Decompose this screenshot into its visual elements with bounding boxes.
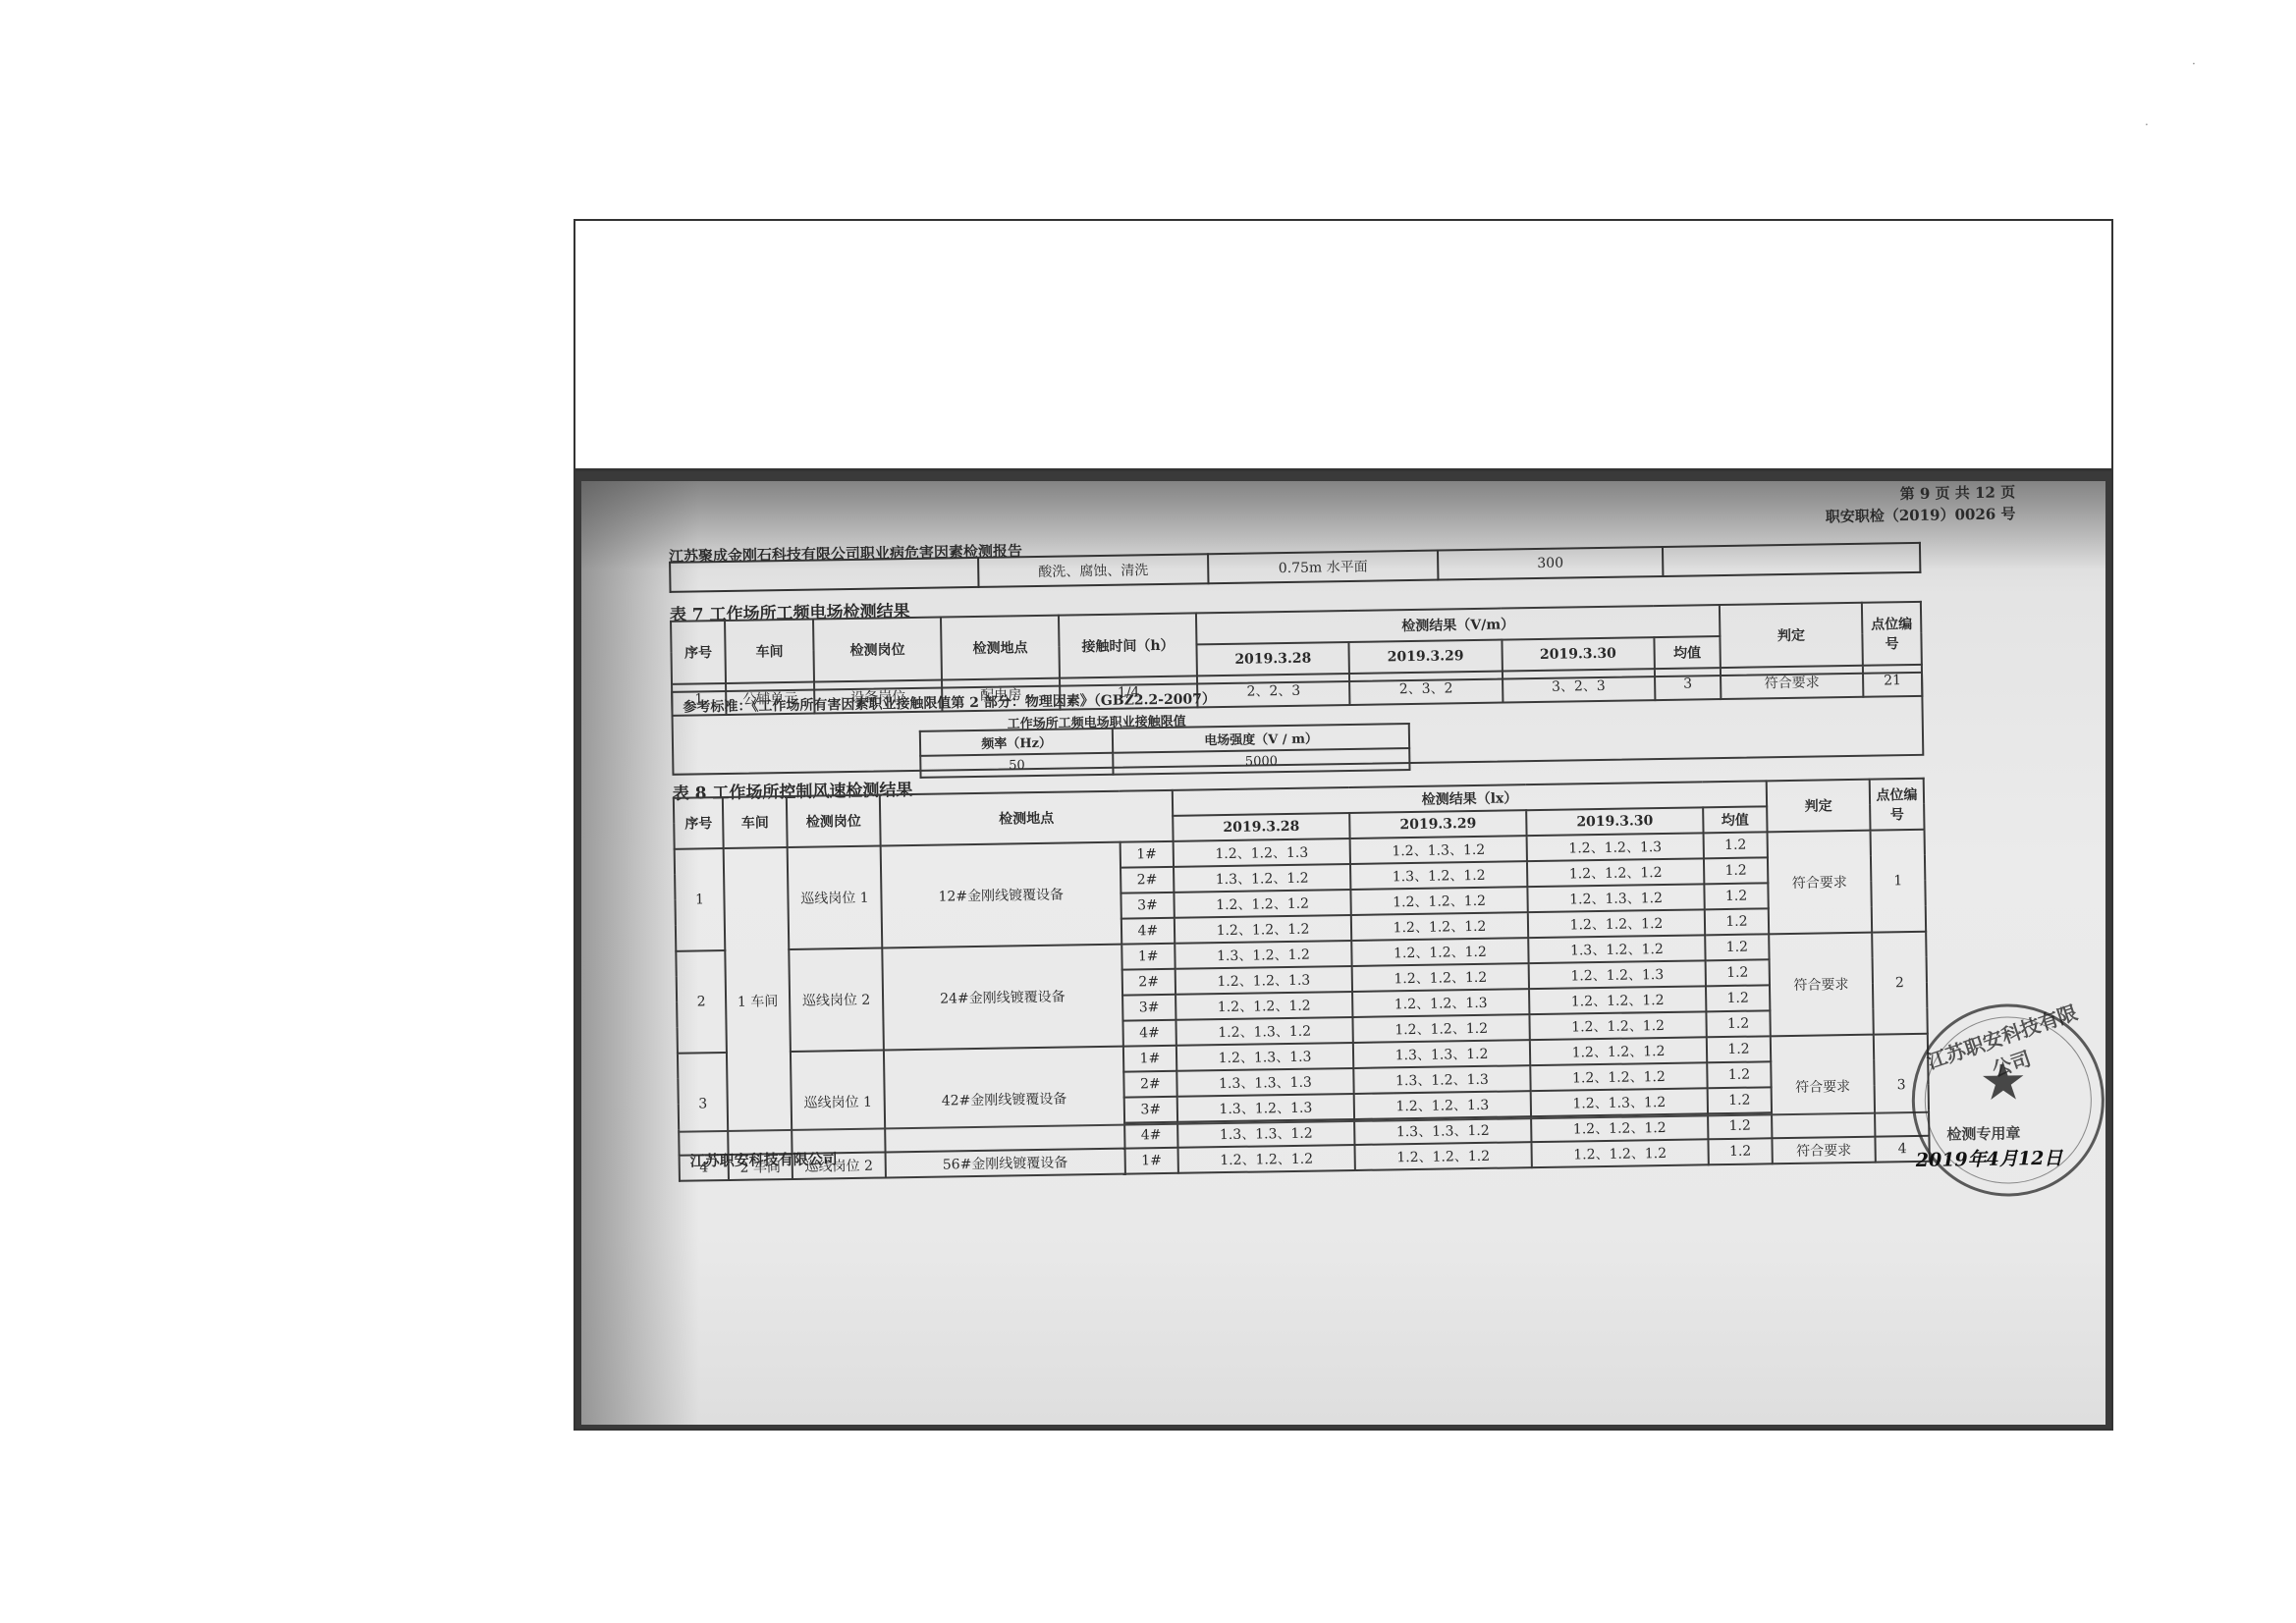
cell-d3: 1.2、1.2、1.2 [1530, 1062, 1707, 1091]
cell-d2: 1.2、1.3、1.2 [1350, 836, 1527, 864]
cell-judge: 符合要求 [1772, 1137, 1875, 1164]
cell-location: 56#金刚线镀覆设备 [886, 1149, 1125, 1178]
official-seal: 江苏职安科技有限公司 ★ 检测专用章 2019年4月12日 [1910, 1002, 2105, 1198]
cell-d1: 1.2、1.2、1.3 [1174, 839, 1350, 867]
cell-d1: 1.2、1.2、1.2 [1175, 915, 1351, 944]
cell-d2: 1.2、1.2、1.2 [1352, 1014, 1529, 1043]
carry-cell: 酸洗、腐蚀、清洗 [978, 554, 1208, 587]
page-number: 第 9 页 共 12 页 [1825, 481, 2015, 506]
th-mean: 均值 [1654, 636, 1721, 669]
limit-header: 频率（Hz） [920, 729, 1114, 756]
carry-cell [670, 558, 978, 592]
cell-judge: 符合要求 [1768, 831, 1873, 935]
cell-d3: 1.2、1.2、1.3 [1529, 960, 1706, 989]
scanned-photo-frame: 第 9 页 共 12 页 职安职检（2019）0026 号 江苏聚成金刚石科技有… [574, 469, 2113, 1431]
cell-post: 巡线岗位 1 [791, 1050, 886, 1153]
cell-d1: 1.2、1.2、1.3 [1175, 966, 1352, 995]
paper-photo: 第 9 页 共 12 页 职安职检（2019）0026 号 江苏聚成金刚石科技有… [581, 481, 2105, 1425]
th-location: 检测地点 [880, 790, 1174, 846]
cell-point-no: 1 [1871, 830, 1927, 933]
th-point-no: 点位编号 [1870, 779, 1925, 831]
cell-d3: 1.2、1.3、1.2 [1527, 884, 1704, 912]
th-mean: 均值 [1703, 806, 1767, 833]
cell-mean: 1.2 [1707, 1036, 1771, 1062]
cell-judge: 符合要求 [1769, 933, 1874, 1037]
carry-cell: 0.75m 水平面 [1208, 551, 1438, 584]
footer-company: 江苏职安科技有限公司 [689, 1148, 837, 1170]
scan-speck: · [2145, 118, 2149, 132]
limit-value: 50 [920, 753, 1113, 778]
cell-mean: 1.2 [1705, 934, 1769, 960]
th-date: 2019.3.29 [1349, 810, 1526, 839]
cell-mean: 1.2 [1708, 1087, 1772, 1113]
cell-d2: 1.2、1.2、1.2 [1351, 938, 1528, 966]
cell-mean: 1.2 [1708, 1112, 1772, 1139]
cell-point: 3# [1123, 1097, 1177, 1123]
cell-point: 1# [1123, 1046, 1177, 1072]
cell-d1: 1.3、1.2、1.2 [1174, 864, 1350, 893]
cell-mean: 1.2 [1706, 1010, 1770, 1037]
cell-mean: 1.2 [1707, 1061, 1771, 1088]
seal-use: 检测专用章 [1946, 1122, 2020, 1144]
th-date: 2019.3.30 [1526, 807, 1703, 836]
cell-d3: 1.2、1.2、1.3 [1527, 833, 1704, 861]
blank-header-frame [574, 219, 2113, 470]
th-date: 2019.3.29 [1349, 640, 1503, 674]
star-icon: ★ [1979, 1050, 2027, 1112]
cell-d2: 1.3、1.3、1.2 [1353, 1040, 1530, 1068]
cell-d2: 1.3、1.2、1.3 [1353, 1065, 1530, 1094]
limit-table: 频率（Hz） 电场强度（V / m） 50 5000 [919, 723, 1411, 779]
cell-point: 4# [1124, 1122, 1178, 1149]
cell-point: 1# [1124, 1148, 1178, 1174]
th-date: 2019.3.30 [1502, 637, 1655, 671]
cell-point: 2# [1121, 867, 1175, 893]
cell-d1: 1.3、1.2、1.2 [1175, 941, 1351, 969]
th-location: 检测地点 [941, 616, 1060, 680]
cell-d1: 1.2、1.2、1.2 [1178, 1145, 1355, 1173]
page-info: 第 9 页 共 12 页 职安职检（2019）0026 号 [1825, 481, 2015, 527]
cell-post: 巡线岗位 2 [789, 948, 884, 1052]
th-seq: 序号 [671, 621, 726, 684]
cell-d2: 1.2、1.2、1.2 [1352, 963, 1529, 992]
cell-location: 12#金刚线镀覆设备 [881, 842, 1121, 948]
cell-d1: 1.3、1.2、1.3 [1177, 1094, 1354, 1122]
cell-seq: 3 [678, 1053, 729, 1156]
scan-speck: · [2192, 57, 2196, 71]
cell-d3: 1.2、1.2、1.2 [1529, 986, 1706, 1014]
cell-point: 2# [1121, 969, 1175, 996]
cell-mean: 1.2 [1704, 883, 1768, 909]
th-workshop: 车间 [725, 620, 814, 683]
th-seq: 序号 [674, 797, 724, 849]
cell-seq: 1 [675, 848, 726, 951]
cell-point: 1# [1121, 944, 1175, 970]
carry-cell: 300 [1438, 547, 1663, 580]
cell-location: 42#金刚线镀覆设备 [884, 1047, 1124, 1153]
report-number: 职安职检（2019）0026 号 [1826, 503, 2016, 527]
th-judge: 判定 [1720, 603, 1863, 668]
cell-d3: 1.2、1.2、1.2 [1529, 1011, 1706, 1040]
cell-d3: 1.3、1.2、1.2 [1528, 935, 1705, 963]
th-exposure: 接触时间（h） [1059, 613, 1197, 677]
cell-point: 4# [1121, 918, 1175, 945]
cell-d3: 1.2、1.2、1.2 [1528, 909, 1705, 938]
cell-d1: 1.2、1.3、1.2 [1175, 1017, 1352, 1046]
cell-d2: 1.2、1.2、1.2 [1350, 887, 1527, 915]
cell-d1: 1.2、1.3、1.3 [1176, 1043, 1353, 1071]
cell-workshop: 1 车间 [724, 847, 793, 1155]
cell-point: 4# [1122, 1020, 1176, 1047]
th-date: 2019.3.28 [1173, 813, 1349, 841]
cell-d2: 1.2、1.2、1.3 [1352, 989, 1529, 1017]
cell-mean: 1.2 [1704, 857, 1768, 884]
limit-value: 5000 [1113, 748, 1409, 775]
cell-d1: 1.2、1.2、1.2 [1174, 890, 1350, 918]
cell-judge: 符合要求 [1771, 1035, 1876, 1139]
cell-d2: 1.2、1.2、1.3 [1354, 1091, 1531, 1119]
cell-d1: 1.3、1.3、1.3 [1176, 1068, 1353, 1097]
th-workshop: 车间 [723, 796, 788, 848]
cell-mean: 1.2 [1706, 985, 1770, 1011]
cell-point: 3# [1122, 995, 1176, 1021]
th-point-no: 点位编号 [1862, 602, 1922, 666]
cell-mean: 1.2 [1704, 832, 1768, 858]
cell-d3: 1.2、1.2、1.2 [1527, 858, 1704, 887]
th-post: 检测岗位 [787, 795, 881, 847]
cell-post: 巡线岗位 1 [788, 846, 883, 949]
carry-cell [1663, 543, 1920, 576]
cell-mean: 1.2 [1705, 908, 1769, 935]
cell-d3: 1.2、1.2、1.2 [1531, 1139, 1708, 1167]
cell-d2: 1.2、1.2、1.2 [1354, 1142, 1531, 1170]
cell-d1: 1.2、1.2、1.2 [1175, 992, 1352, 1020]
cell-d3: 1.2、1.2、1.2 [1530, 1037, 1707, 1065]
cell-seq: 2 [676, 950, 727, 1054]
th-date: 2019.3.28 [1196, 642, 1349, 676]
cell-point: 2# [1123, 1071, 1177, 1098]
cell-d3: 1.2、1.3、1.2 [1531, 1088, 1708, 1116]
cell-mean: 1.2 [1708, 1138, 1772, 1164]
cell-point: 3# [1121, 893, 1175, 919]
cell-point-no: 2 [1872, 932, 1928, 1035]
cell-mean: 1.2 [1706, 959, 1770, 986]
th-post: 检测岗位 [813, 618, 942, 682]
cell-location: 24#金刚线镀覆设备 [882, 945, 1122, 1051]
th-judge: 判定 [1767, 780, 1871, 833]
cell-d2: 1.2、1.2、1.2 [1351, 912, 1528, 941]
cell-point: 1# [1120, 841, 1174, 868]
cell-d2: 1.3、1.2、1.2 [1350, 861, 1527, 890]
seal-date: 2019年4月12日 [1916, 1144, 2063, 1172]
